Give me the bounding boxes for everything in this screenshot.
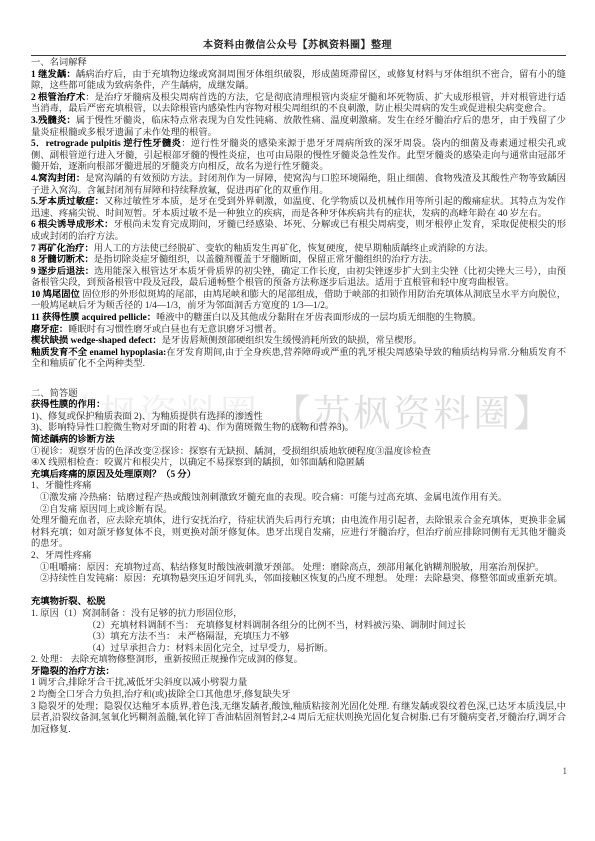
paragraph: 10 鸠尾固位 固位形的外形似斑鸠的尾部，由鸠尾峡和膨大的尾部组成，借助于峡部的… [31,290,566,313]
paragraph: 5．retrograde pulpitis 逆行性牙髓炎：逆行性牙髓炎的感染来源… [31,139,566,174]
paragraph: ①视诊：观察牙齿的色泽改变②探诊：探察有无缺损、龋洞，受损组织质地软硬程度③温度… [31,447,566,459]
term-label: 牙隐裂的治疗方法： [31,667,115,677]
body-text: 属于慢性牙髓炎，临床特点常表现为自发性钝痛、放散性痛、温度刺激痛。发生在经牙髓治… [31,116,566,138]
header-divider [31,55,566,56]
term-label: 充填物折裂、松脱 [31,597,105,607]
paragraph: 8 牙髓切断术：是指切除炎症牙髓组织，以盖髓剂覆盖于牙髓断面，保留正常牙髓组织的… [31,255,566,267]
paragraph: 1. 原因（1）窝洞制备 ：没有足够的抗力形固位形， [31,609,566,621]
term-label: 10 鸠尾固位 [31,290,80,300]
paragraph [31,586,566,598]
term-label: 釉质发育不全 enamel hypoplasia: [31,348,166,358]
paragraph: 牙隐裂的治疗方法： [31,667,566,679]
paragraph: 磨牙症：睡眠时有习惯性磨牙或白昼也有无意识磨牙习惯者。 [31,325,566,337]
body-text: 1、牙髓性疼痛 [31,481,91,491]
body-text: 又称过敏性牙本质，是牙在受到外界刺激，如温度、化学物质以及机械作用等所引起的酸痛… [31,197,566,219]
paragraph: （4）过早承担合力：材料未固化完全，过早受力，易折断。 [31,644,566,656]
body-text: ①激发痛 冷热痛：钻磨过程产热或酸蚀剂刺激致牙髓充血的表现。咬合痛：可能与过高充… [40,493,507,503]
paragraph: 一、名词解释 [31,58,566,70]
paragraph: 处理牙髓充血者，应去除充填体，进行安抚治疗，待症状消失后再行充填；由电流作用引起… [31,516,566,551]
body-text: 是指切除炎症牙髓组织，以盖髓剂覆盖于牙髓断面，保留正常牙髓组织的治疗方法。 [94,255,438,265]
body-text: 二、简答题 [31,389,78,399]
paragraph: 3 隐裂牙的处理；隐裂仅达釉牙本质界,着色浅,无继发龋者,酸蚀,釉质粘接剂光固化… [31,702,566,737]
paragraph: 楔状缺损 wedge-shaped defect：是牙齿唇颊侧颈部硬组织发生缓慢… [31,336,566,348]
paragraph: ②持续性自发钝痛：原因：充填物悬突压迫牙间乳头，邻面接触区恢复的凸度不理想。 处… [31,574,566,586]
paragraph: 11 获得性膜 acquired pellicle：唾液中的糖蛋白以及其他成分黏… [31,313,566,325]
term-label: 简述龋病的诊断方法 [31,435,115,445]
body-text: ①视诊：观察牙齿的色泽改变②探诊：探察有无缺损、龋洞，受损组织质地软硬程度③温度… [31,447,431,457]
body-text: 是牙齿唇颊侧颈部硬组织发生缓慢消耗所致的缺损，常呈楔形。 [162,336,422,346]
body-text: 唾液中的糖蛋白以及其他成分黏附在牙齿表面形成的一层均质无细胞的生物膜。 [156,313,481,323]
body-text: 1)、修复或保护釉质表面 2)、为釉质提供有选择的渗透性 [31,412,263,422]
document-body: 一、名词解释1 继发龋：龋病治疗后，由于充填物边缘或窝洞周围牙体组织破裂，形成菌… [31,58,566,736]
term-label: 7 再矿化治疗： [31,244,94,254]
paragraph: ②自发痛 原因同上或诊断有误。 [31,505,566,517]
paragraph: 9 逐步后退法：选用能深入根管达牙本质牙骨质界的初尖锉，确定工作长度，由初尖锉逐… [31,267,566,290]
term-label: 8 牙髓切断术： [31,255,94,265]
term-label: 5.牙本质过敏症： [31,197,104,207]
page-header-title: 本资料由微信公众号【苏枫资料圈】整理 [0,0,595,51]
paragraph: 二、简答题 [31,389,566,401]
term-label: 5．retrograde pulpitis 逆行性牙髓炎 [31,139,181,149]
body-text: 2. 处理： 去除充填物修整洞形，重新按照正规操作完成洞的修复。 [31,655,303,665]
paragraph [31,371,566,383]
body-text: 是窝沟龋的有效预防方法。封闭剂作为一屏障，使窝沟与口腔环境隔绝，阻止细菌、食物残… [31,174,566,196]
body-text: 3)、影响特异性口腔微生物对牙面的附着 4)、作为菌斑微生物的底物和营养3)。 [31,423,354,433]
body-text: ①咀嚼痛：原因：充填物过高、粘结修复时酸蚀液刺激牙颈部。 处理：磨除高点，颈部用… [40,563,544,573]
term-label: 9 逐步后退法： [31,267,94,277]
paragraph: 1)、修复或保护釉质表面 2)、为釉质提供有选择的渗透性 [31,412,566,424]
page-number: 1 [563,766,568,776]
body-text: 1. 原因（1）窝洞制备 ：没有足够的抗力形固位形， [31,609,243,619]
term-label: 11 获得性膜 acquired pellicle： [31,313,156,323]
paragraph: 4.窝沟封闭：是窝沟龋的有效预防方法。封闭剂作为一屏障，使窝沟与口腔环境隔绝，阻… [31,174,566,197]
body-text: （3）填充方法不当： 未严格隔湿，充填压力不够 [87,632,289,642]
paragraph: 1、牙髓性疼痛 [31,481,566,493]
paragraph: 2、牙周性疼痛 [31,551,566,563]
body-text: 2 均衡全口牙合力负担,治疗和(或)拔除全口其他患牙,修复缺失牙 [31,690,291,700]
body-text: 一、名词解释 [31,58,87,68]
paragraph: （3）填充方法不当： 未严格隔湿，充填压力不够 [31,632,566,644]
body-text: ④X 线照相检查：咬翼片和根尖片，以确定不易探察到的龋损，如邻面龋和隐匿龋 [31,458,364,468]
body-text: 1 调牙合,排除牙合干扰,减低牙尖斜度以减小劈裂力量 [31,678,247,688]
paragraph: 3)、影响特异性口腔微生物对牙面的附着 4)、作为菌斑微生物的底物和营养3)。 [31,423,566,435]
body-text: 3 隐裂牙的处理；隐裂仅达釉牙本质界,着色浅,无继发龋者,酸蚀,釉质粘接剂光固化… [31,702,566,735]
body-text: ：是治疗牙髓病及根尖周病首选的方法，它是彻底清理根管内炎症牙髓和坏死物质、扩大成… [31,93,566,115]
paragraph: ④X 线照相检查：咬翼片和根尖片，以确定不易探察到的龋损，如邻面龋和隐匿龋 [31,458,566,470]
body-text: 龋病治疗后，由于充填物边缘或窝洞周围牙体组织破裂，形成菌斑滞留区，或修复材料与牙… [31,70,566,92]
paragraph: 2 均衡全口牙合力负担,治疗和(或)拔除全口其他患牙,修复缺失牙 [31,690,566,702]
paragraph: 5.牙本质过敏症：又称过敏性牙本质，是牙在受到外界刺激，如温度、化学物质以及机械… [31,197,566,220]
body-text: 固位形的外形似斑鸠的尾部，由鸠尾峡和膨大的尾部组成，借助于峡部的扣锁作用防治充填… [31,290,566,312]
paragraph: 获得性膜的作用： [31,400,566,412]
term-label: 2 根管治疗术 [31,93,85,103]
term-label: 获得性膜的作用： [31,400,105,410]
document-page: 本资料由微信公众号【苏枫资料圈】整理 苏枫资料圈 【苏枫资料圈】 一、名词解释1… [0,0,595,841]
term-label: 4.窝沟封闭： [31,174,85,184]
body-text: 2、牙周性疼痛 [31,551,91,561]
paragraph: 1 继发龋：龋病治疗后，由于充填物边缘或窝洞周围牙体组织破裂，形成菌斑滞留区，或… [31,70,566,93]
body-text: ②自发痛 原因同上或诊断有误。 [40,505,172,515]
paragraph: ①激发痛 冷热痛：钻磨过程产热或酸蚀剂刺激致牙髓充血的表现。咬合痛：可能与过高充… [31,493,566,505]
term-label: 楔状缺损 wedge-shaped defect： [31,336,162,346]
paragraph: 6 根尖诱导成形术：牙根尚未发育完成期间，牙髓已经感染、坏死、分解或已有根尖周病… [31,220,566,243]
paragraph: 3.残髓炎：属于慢性牙髓炎，临床特点常表现为自发性钝痛、放散性痛、温度刺激痛。发… [31,116,566,139]
paragraph: 充填物折裂、松脱 [31,597,566,609]
paragraph: 2 根管治疗术：是治疗牙髓病及根尖周病首选的方法，它是彻底清理根管内炎症牙髓和坏… [31,93,566,116]
body-text: （4）过早承担合力：材料未固化完全，过早受力，易折断。 [87,644,333,654]
body-text: 选用能深入根管达牙本质牙骨质界的初尖锉，确定工作长度，由初尖锉逐步扩大到主尖锉（… [31,267,566,289]
body-text: 睡眠时有习惯性磨牙或白昼也有无意识磨牙习惯者。 [68,325,282,335]
body-text: 用人工的方法使已经脱矿、变软的釉质发生再矿化，恢复硬度，使早期釉质龋终止或消除的… [94,244,494,254]
term-label: 1 继发龋： [31,70,76,80]
paragraph: 7 再矿化治疗：用人工的方法使已经脱矿、变软的釉质发生再矿化，恢复硬度，使早期釉… [31,244,566,256]
term-label: 3.残髓炎： [31,116,76,126]
paragraph: 充填后疼痛的原因及处理原则？（5 分） [31,470,566,482]
body-text: ②持续性自发钝痛：原因：充填物悬突压迫牙间乳头，邻面接触区恢复的凸度不理想。 处… [40,574,563,584]
term-label: 磨牙症： [31,325,68,335]
paragraph: 1 调牙合,排除牙合干扰,减低牙尖斜度以减小劈裂力量 [31,678,566,690]
paragraph: 简述龋病的诊断方法 [31,435,566,447]
paragraph: 2. 处理： 去除充填物修整洞形，重新按照正规操作完成洞的修复。 [31,655,566,667]
paragraph: （2）充填材料调制不当： 充填修复材料调制各组分的比例不当，材料被污染、调制时间… [31,621,566,633]
paragraph: 釉质发育不全 enamel hypoplasia:在牙发育期间,由于全身疾患,营… [31,348,566,371]
paragraph: ①咀嚼痛：原因：充填物过高、粘结修复时酸蚀液刺激牙颈部。 处理：磨除高点，颈部用… [31,563,566,575]
body-text: 处理牙髓充血者，应去除充填体，进行安抚治疗，待症状消失后再行充填；由电流作用引起… [31,516,566,549]
term-label: 充填后疼痛的原因及处理原则？（5 分） [31,470,196,480]
term-label: 6 根尖诱导成形术： [31,220,114,230]
body-text: （2）充填材料调制不当： 充填修复材料调制各组分的比例不当，材料被污染、调制时间… [87,621,466,631]
